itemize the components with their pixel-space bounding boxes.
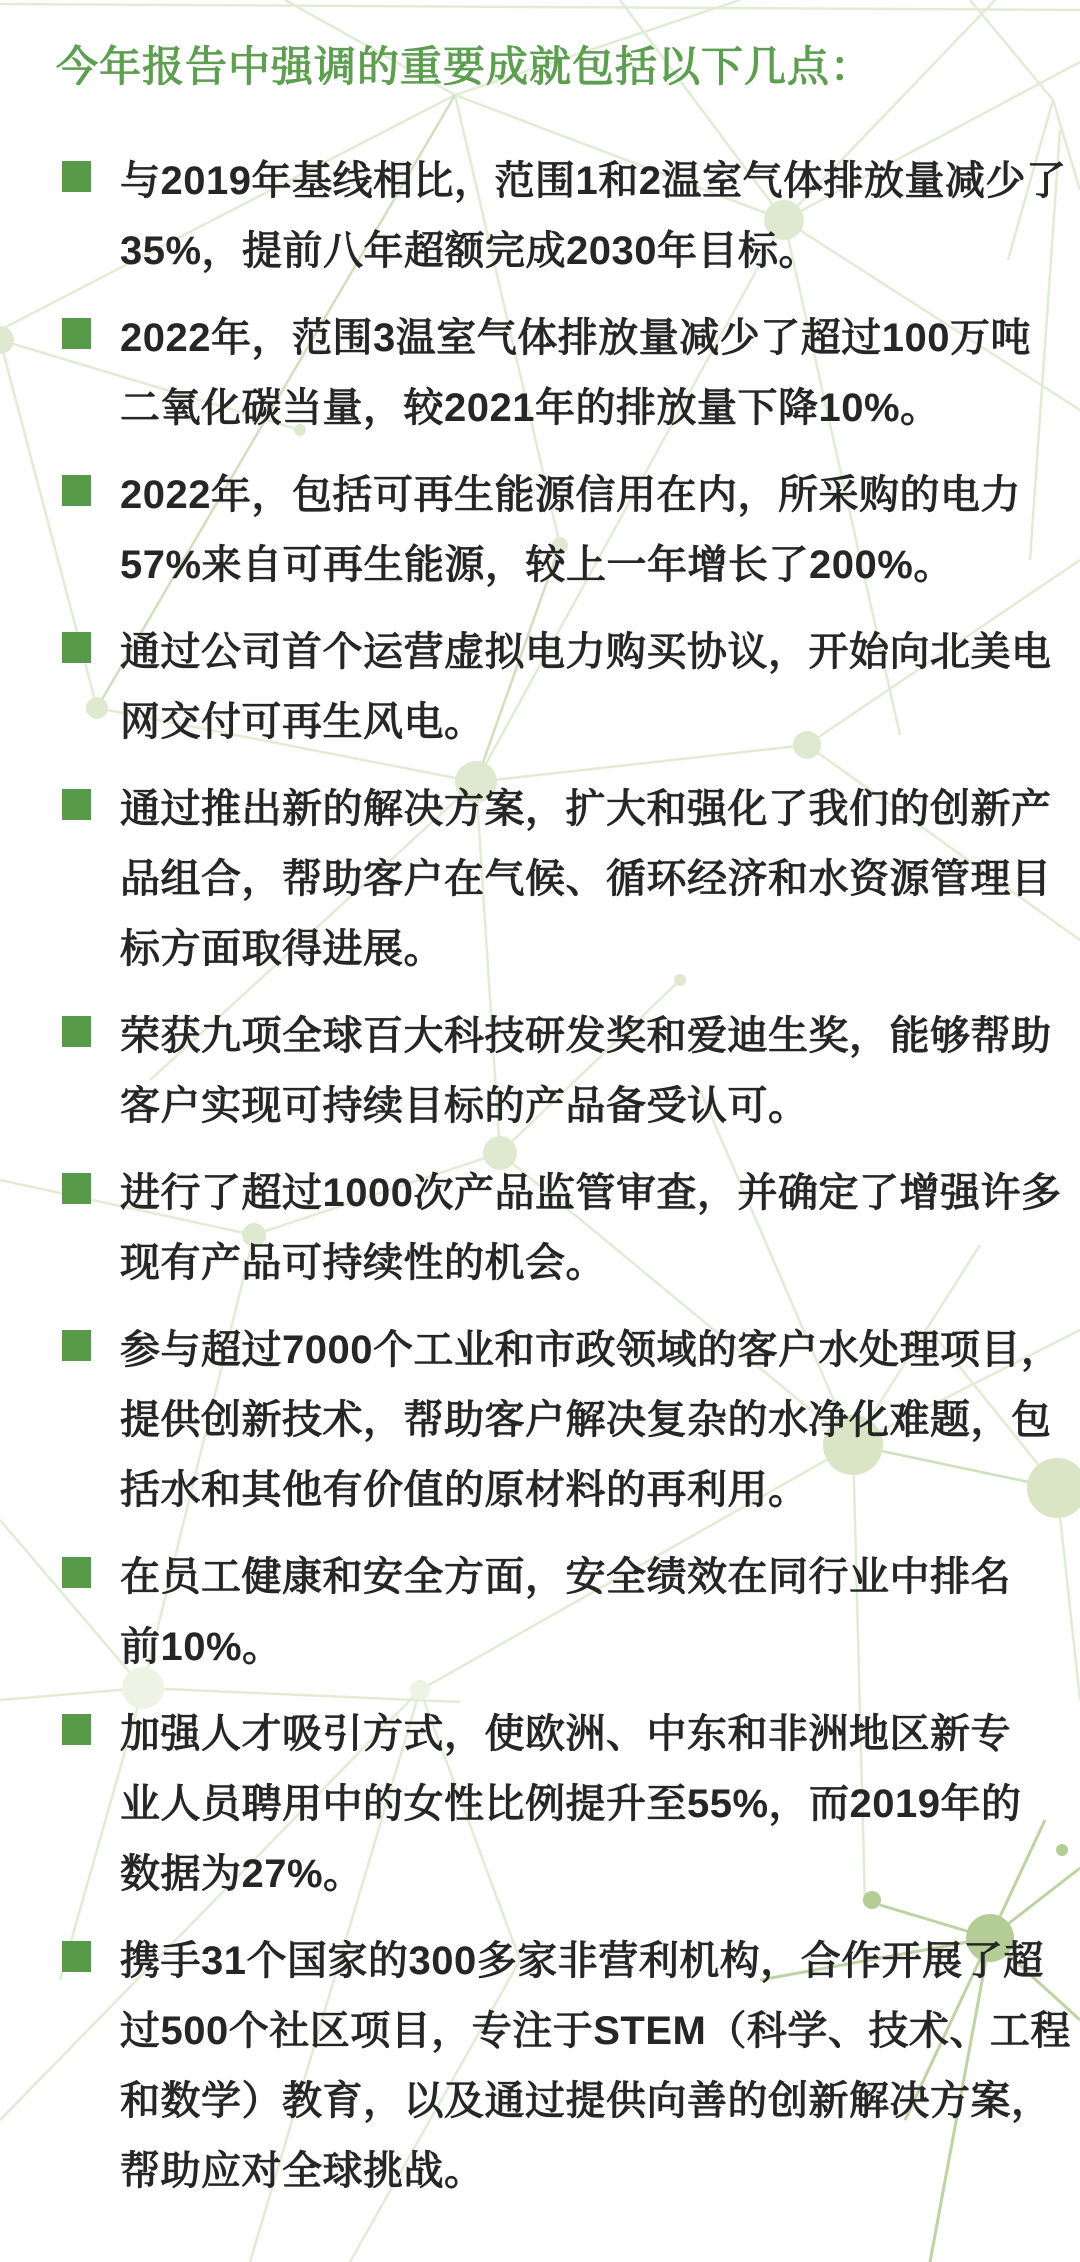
bullet-square-icon <box>62 475 91 506</box>
bullet-item: 与2019年基线相比，范围1和2温室气体排放量减少了 35%，提前八年超额完成2… <box>62 146 1036 286</box>
bullet-item: 通过公司首个运营虚拟电力购买协议，开始向北美电 网交付可再生风电。 <box>62 617 1036 757</box>
bullet-text: 携手31个国家的300多家非营利机构，合作开展了超 过500个社区项目，专注于S… <box>120 1926 1071 2206</box>
bullet-item: 荣获九项全球百大科技研发奖和爱迪生奖，能够帮助 客户实现可持续目标的产品备受认可… <box>62 1001 1036 1141</box>
bullet-text: 通过公司首个运营虚拟电力购买协议，开始向北美电 网交付可再生风电。 <box>120 617 1052 757</box>
bullet-text: 通过推出新的解决方案，扩大和强化了我们的创新产 品组合，帮助客户在气候、循环经济… <box>120 774 1052 984</box>
bullet-text: 2022年，范围3温室气体排放量减少了超过100万吨 二氧化碳当量，较2021年… <box>120 303 1031 443</box>
bullet-square-icon <box>62 1714 91 1745</box>
bullet-text: 加强人才吸引方式，使欧洲、中东和非洲地区新专 业人员聘用中的女性比例提升至55%… <box>120 1699 1022 1909</box>
bullet-square-icon <box>62 161 91 192</box>
bullet-square-icon <box>62 789 91 820</box>
bullet-square-icon <box>62 1173 91 1204</box>
bullet-square-icon <box>62 1016 91 1047</box>
bullet-square-icon <box>62 632 91 663</box>
report-content: 今年报告中强调的重要成就包括以下几点： 与2019年基线相比，范围1和2温室气体… <box>0 0 1080 2206</box>
bullet-text: 在员工健康和安全方面，安全绩效在同行业中排名 前10%。 <box>120 1542 1011 1682</box>
bullet-item: 加强人才吸引方式，使欧洲、中东和非洲地区新专 业人员聘用中的女性比例提升至55%… <box>62 1699 1036 1909</box>
bullet-item: 参与超过7000个工业和市政领域的客户水处理项目， 提供创新技术，帮助客户解决复… <box>62 1315 1036 1525</box>
bullet-item: 2022年，包括可再生能源信用在内，所采购的电力 57%来自可再生能源，较上一年… <box>62 460 1036 600</box>
bullet-text: 参与超过7000个工业和市政领域的客户水处理项目， 提供创新技术，帮助客户解决复… <box>120 1315 1061 1525</box>
bullet-square-icon <box>62 1941 91 1972</box>
bullet-item: 通过推出新的解决方案，扩大和强化了我们的创新产 品组合，帮助客户在气候、循环经济… <box>62 774 1036 984</box>
bullet-text: 进行了超过1000次产品监管审查，并确定了增强许多 现有产品可持续性的机会。 <box>120 1158 1061 1298</box>
bullet-text: 2022年，包括可再生能源信用在内，所采购的电力 57%来自可再生能源，较上一年… <box>120 460 1021 600</box>
report-page: 今年报告中强调的重要成就包括以下几点： 与2019年基线相比，范围1和2温室气体… <box>0 0 1080 2262</box>
highlights-bullet-list: 与2019年基线相比，范围1和2温室气体排放量减少了 35%，提前八年超额完成2… <box>62 146 1036 2206</box>
section-heading: 今年报告中强调的重要成就包括以下几点： <box>56 36 1036 98</box>
bullet-text: 与2019年基线相比，范围1和2温室气体排放量减少了 35%，提前八年超额完成2… <box>120 146 1066 286</box>
bullet-square-icon <box>62 1557 91 1588</box>
bullet-text: 荣获九项全球百大科技研发奖和爱迪生奖，能够帮助 客户实现可持续目标的产品备受认可… <box>120 1001 1052 1141</box>
bullet-item: 携手31个国家的300多家非营利机构，合作开展了超 过500个社区项目，专注于S… <box>62 1926 1036 2206</box>
bullet-item: 在员工健康和安全方面，安全绩效在同行业中排名 前10%。 <box>62 1542 1036 1682</box>
bullet-item: 2022年，范围3温室气体排放量减少了超过100万吨 二氧化碳当量，较2021年… <box>62 303 1036 443</box>
bullet-item: 进行了超过1000次产品监管审查，并确定了增强许多 现有产品可持续性的机会。 <box>62 1158 1036 1298</box>
bullet-square-icon <box>62 318 91 349</box>
bullet-square-icon <box>62 1330 91 1361</box>
